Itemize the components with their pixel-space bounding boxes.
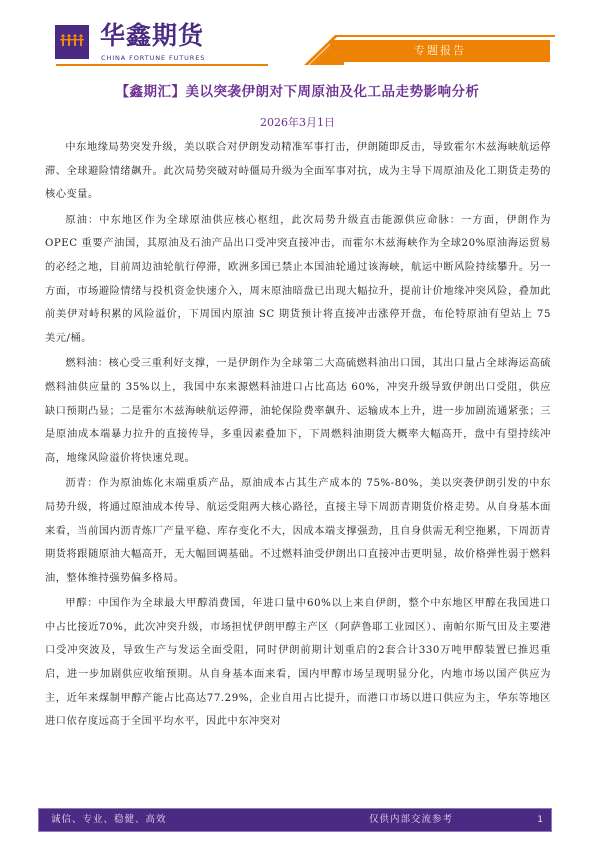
page-footer: 诚信、专业、稳健、高效 仅供内部交流参考 1: [38, 808, 552, 832]
paragraph-intro: 中东地缘局势突发升级，美以联合对伊朗发动精准军事打击，伊朗随即反击，导致霍尔木兹…: [45, 136, 551, 207]
paragraph-methanol: 甲醇：中国作为全球最大甲醇消费国，年进口量中60%以上来自伊朗，整个中东地区甲醇…: [45, 592, 551, 734]
footer-motto: 诚信、专业、稳健、高效: [51, 809, 167, 831]
paragraph-crude-oil: 原油：中东地区作为全球原油供应核心枢纽，此次局势升级直击能源供应命脉：一方面，伊…: [45, 209, 551, 351]
footer-notice: 仅供内部交流参考: [369, 809, 453, 831]
document-title: 【鑫期汇】美以突袭伊朗对下周原油及化工品走势影响分析: [0, 80, 595, 100]
brand-name-en: CHINA FORTUNE FUTURES: [101, 54, 205, 62]
document-date: 2026年3月1日: [0, 114, 595, 130]
page-number: 1: [537, 809, 543, 831]
paragraph-asphalt: 沥青：作为原油炼化末端重质产品，原油成本占其生产成本的 75%-80%，美以突袭…: [45, 472, 551, 590]
banner-top-line: [335, 35, 555, 37]
header-divider: [56, 64, 268, 66]
dancing-figures-icon: [60, 34, 84, 50]
paragraph-fuel-oil: 燃料油：核心受三重利好支撑，一是伊朗作为全球第二大高硫燃料油出口国，其出口量占全…: [45, 352, 551, 470]
brand-name-cn: 华鑫期货: [100, 22, 204, 50]
report-type-banner: 专题报告: [304, 35, 551, 65]
document-body: 中东地缘局势突发升级，美以联合对伊朗发动精准军事打击，伊朗随即反击，导致霍尔木兹…: [45, 136, 551, 736]
report-type-label: 专题报告: [330, 40, 550, 62]
company-logo-mark: [55, 25, 89, 59]
